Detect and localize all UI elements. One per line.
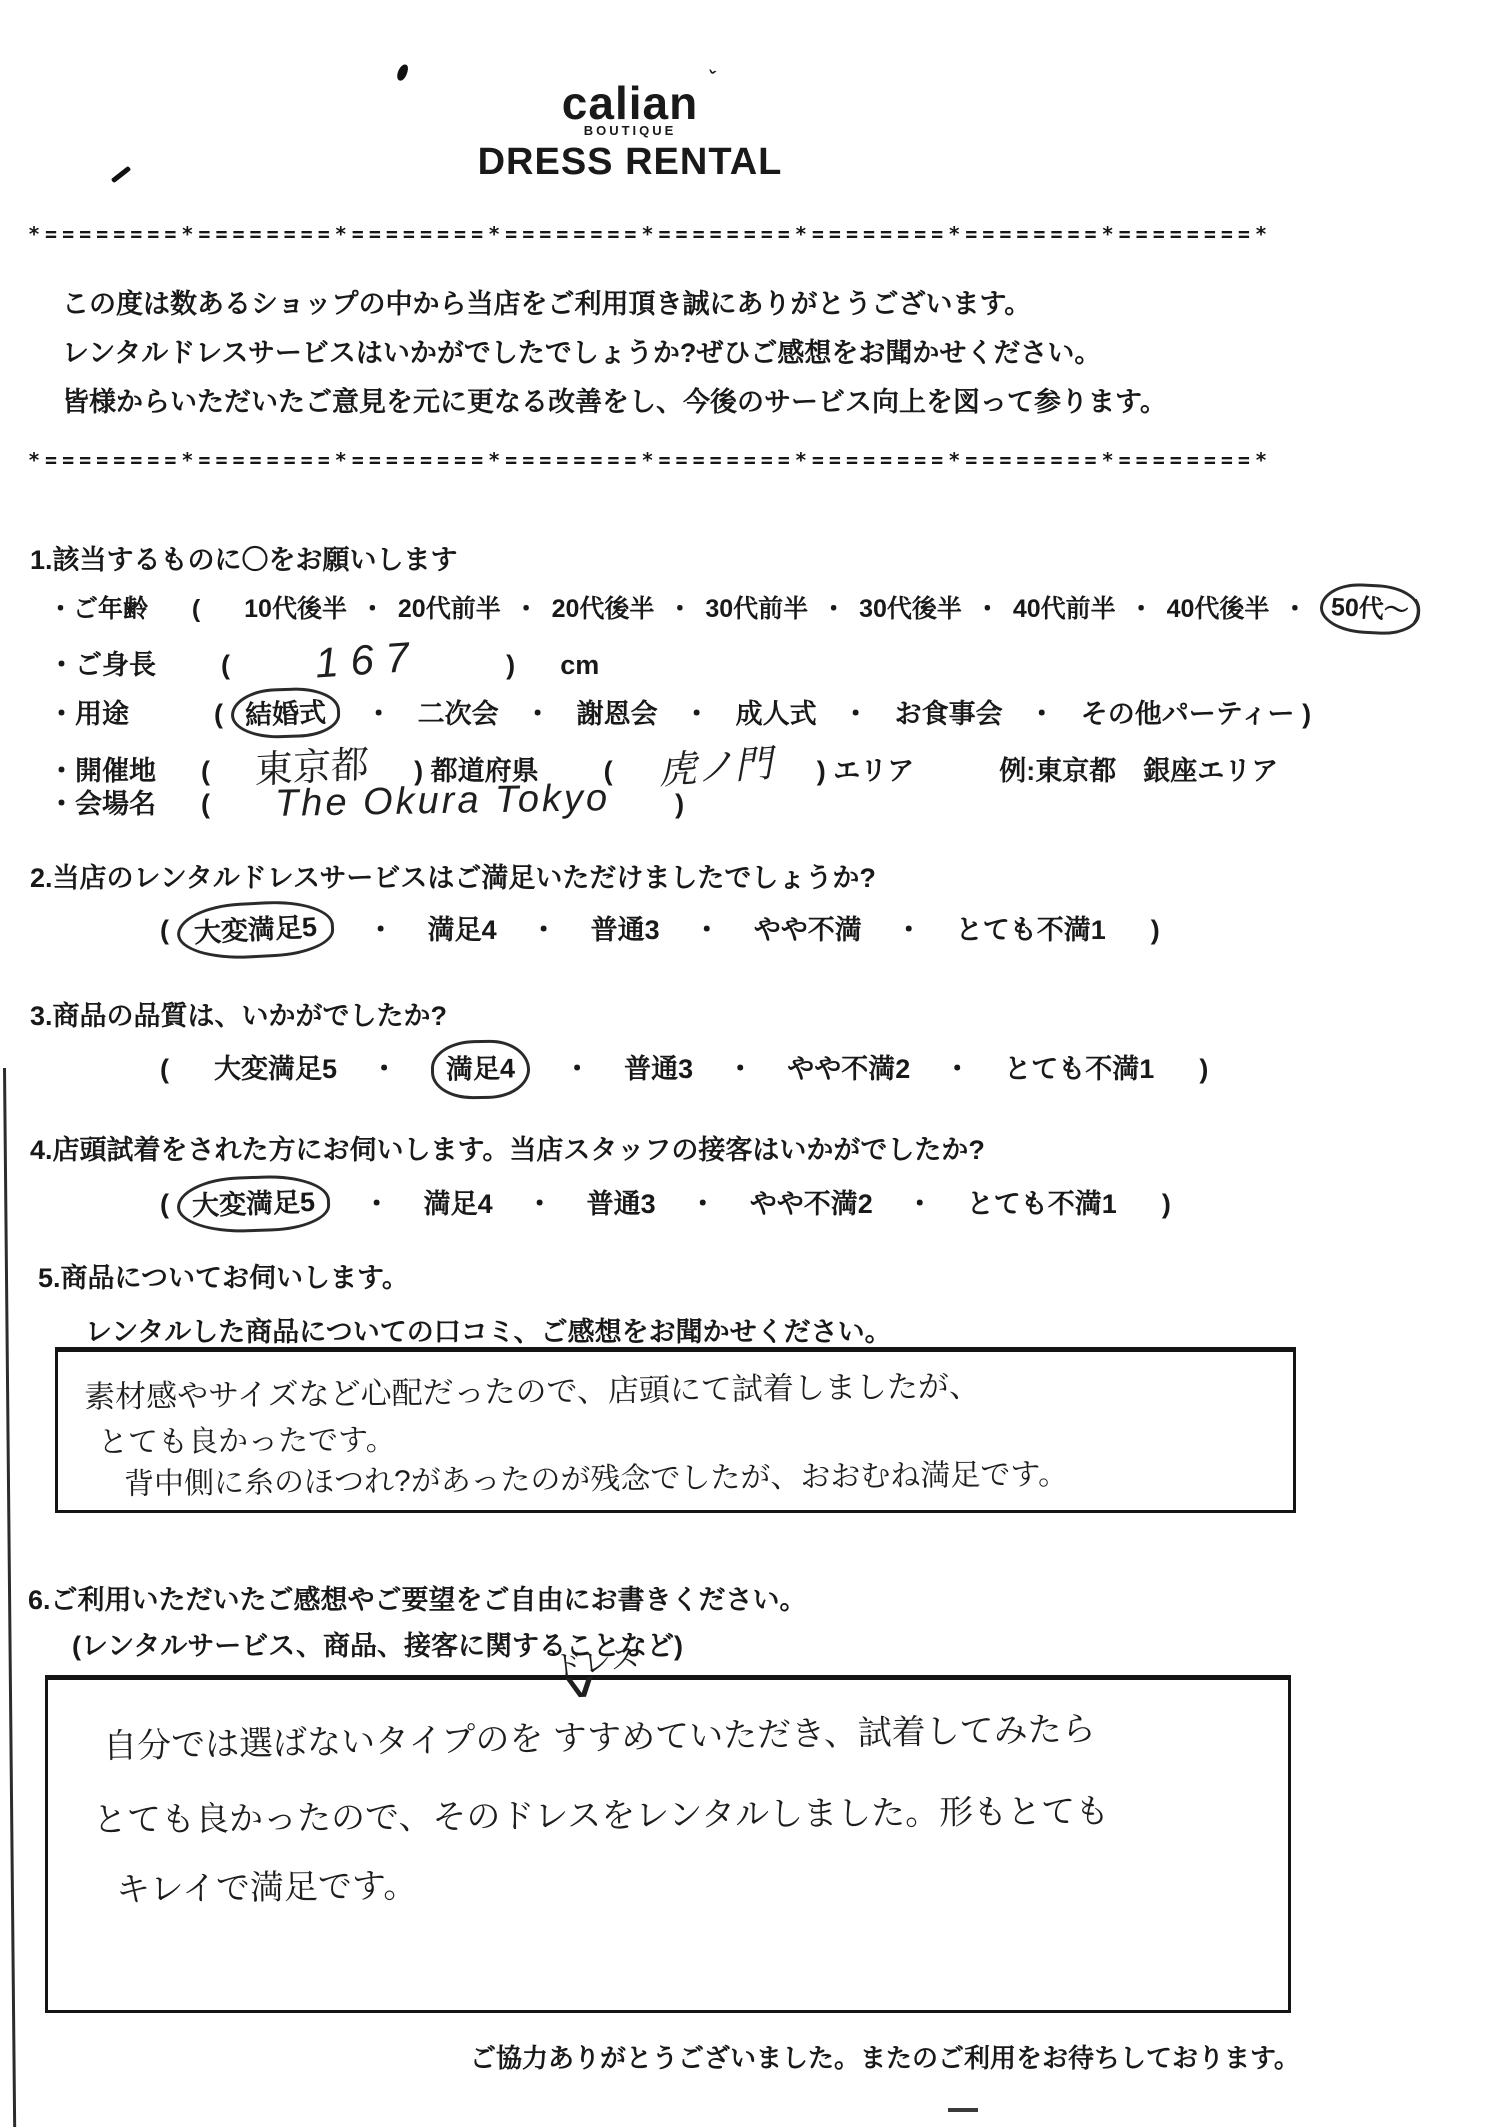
option-separator: ・ — [693, 915, 720, 945]
option: 20代後半 — [552, 595, 655, 623]
paren-close: ) — [1199, 1054, 1208, 1084]
option: 40代後半 — [1167, 595, 1270, 623]
q2-options-row: ( 大変満足5 ・ 満足4 ・ 普通3 ・ やや不満 ・ とても不満1 ) — [160, 902, 1160, 958]
paren-close: ) — [506, 650, 515, 680]
paren-open: ( — [160, 915, 169, 945]
paren-open: ( — [214, 699, 223, 729]
scan-artifact-bottom-dash — [948, 2108, 978, 2112]
option: 20代前半 — [398, 595, 501, 623]
option: 30代後半 — [859, 595, 962, 623]
option-separator: ・ — [360, 595, 385, 623]
intro-line: レンタルドレスサービスはいかがでしたでしょうか?ぜひご感想をお聞かせください。 — [62, 329, 1167, 378]
q1-location-example: 例:東京都 銀座エリア — [999, 756, 1278, 786]
option: とても不満1 — [1004, 1054, 1154, 1084]
option: 二次会 — [418, 699, 499, 729]
option-separator: ・ — [365, 699, 392, 729]
scan-artifact-left-line — [3, 1068, 16, 2127]
option-separator: ・ — [944, 1054, 971, 1084]
q3-selected-circle: 満足4 — [431, 1039, 531, 1100]
scan-artifact-top-mark — [396, 63, 410, 82]
option: 満足4 — [424, 1189, 493, 1219]
option-separator: ・ — [683, 699, 710, 729]
paren-open: ( — [192, 595, 200, 623]
option: 普通3 — [624, 1054, 693, 1084]
option-separator: ・ — [821, 595, 846, 623]
paren-close: ) — [675, 789, 684, 819]
paren-close: ) — [817, 756, 826, 786]
option-separator: ・ — [514, 595, 539, 623]
separator-line: *========*========*========*========*===… — [28, 448, 1373, 472]
q6-handwritten-line: とても良かったので、そのドレスをレンタルしました。形もとても — [93, 1784, 1109, 1842]
question-1-title: 1.該当するものに〇をお願いします — [30, 538, 458, 577]
q6-answer-box: ドレス ∨ 自分では選ばないタイプのを すすめていただき、試着してみたら とても… — [45, 1675, 1291, 2013]
closing-message: ご協力ありがとうございました。またのご利用をお待ちしております。 — [470, 2038, 1300, 2075]
option: お食事会 — [895, 699, 1003, 729]
logo-block: calian ˇ BOUTIQUE DRESS RENTAL — [430, 76, 830, 184]
option: 謝恩会 — [577, 699, 658, 729]
q1-height-unit: cm — [560, 650, 599, 680]
intro-line: 皆様からいただいたご意見を元に更なる改善をし、今後のサービス向上を図って参ります… — [62, 378, 1167, 427]
option-separator: ・ — [524, 699, 551, 729]
q1-venue-row: ・会場名 ( The Okura Tokyo ) — [48, 780, 684, 823]
question-2-title: 2.当店のレンタルドレスサービスはご満足いただけましたでしょうか? — [30, 856, 876, 895]
option-separator: ・ — [1028, 699, 1055, 729]
option-separator: ・ — [367, 915, 394, 945]
option: 大変満足5 — [214, 1054, 337, 1084]
option-separator: ・ — [363, 1189, 390, 1219]
option: 30代前半 — [705, 595, 808, 623]
option-separator: ・ — [727, 1054, 754, 1084]
option-separator: ・ — [895, 915, 922, 945]
q1-purpose-row: ・用途 ( 結婚式 ・ 二次会 ・ 謝恩会 ・ 成人式 ・ お食事会 ・ その他… — [48, 688, 1311, 738]
scan-artifact-pen-tick — [111, 166, 131, 183]
paren-open: ( — [160, 1054, 169, 1084]
option-separator: ・ — [975, 595, 1000, 623]
q1-venue-handwritten-value: The Okura Tokyo — [275, 777, 611, 826]
option-separator: ・ — [564, 1054, 591, 1084]
option: とても不満1 — [956, 915, 1106, 945]
q5-answer-box: 素材感やサイズなど心配だったので、店頭にて試着しましたが、 とても良かったです。… — [55, 1347, 1296, 1513]
option: やや不満2 — [750, 1189, 873, 1219]
q1-purpose-selected-circle: 結婚式 — [230, 686, 341, 740]
option-separator: ・ — [530, 915, 557, 945]
document-title: DRESS RENTAL — [430, 141, 830, 184]
option: とても不満1 — [967, 1189, 1117, 1219]
paren-close: ) — [1302, 699, 1311, 729]
q1-age-row: ・ご年齢 ( 10代後半 ・ 20代前半 ・ 20代後半 ・ 30代前半 ・ 3… — [48, 584, 1421, 634]
intro-line: この度は数あるショップの中から当店をご利用頂き誠にありがとうございます。 — [62, 280, 1167, 329]
option: やや不満 — [754, 915, 862, 945]
option: 普通3 — [587, 1189, 656, 1219]
q1-venue-label: ・会場名 — [48, 782, 156, 821]
option-separator: ・ — [526, 1189, 553, 1219]
q4-options-row: ( 大変満足5 ・ 満足4 ・ 普通3 ・ やや不満2 ・ とても不満1 ) — [160, 1176, 1171, 1232]
paren-open: ( — [221, 650, 230, 680]
question-5-title: 5.商品についてお伺いします。 — [38, 1256, 409, 1295]
q3-options-row: ( 大変満足5 ・ 満足4 ・ 普通3 ・ やや不満2 ・ とても不満1 ) — [160, 1040, 1208, 1099]
q2-selected-circle: 大変満足5 — [175, 898, 335, 962]
paren-close: ) — [1162, 1189, 1171, 1219]
option: 40代前半 — [1013, 595, 1116, 623]
q1-purpose-label: ・用途 — [48, 692, 129, 731]
q1-height-handwritten-value: 167 — [314, 632, 423, 687]
q1-height-row: ・ご身長 ( 167 ) cm — [48, 636, 599, 684]
intro-paragraph: この度は数あるショップの中から当店をご利用頂き誠にありがとうございます。 レンタ… — [62, 280, 1167, 427]
option: 成人式 — [736, 699, 817, 729]
paren-open: ( — [160, 1189, 169, 1219]
question-6-title: 6.ご利用いただいたご感想やご要望をご自由にお書きください。 — [28, 1578, 807, 1617]
option: その他パーティー — [1081, 699, 1295, 729]
separator-line: *========*========*========*========*===… — [28, 222, 1373, 246]
option-separator: ・ — [842, 699, 869, 729]
question-3-title: 3.商品の品質は、いかがでしたか? — [30, 994, 447, 1033]
q5-handwritten-line: 背中側に糸のほつれ?があったのが残念でしたが、おおむね満足です。 — [124, 1449, 1068, 1503]
q6-handwritten-line: 自分では選ばないタイプのを すすめていただき、試着してみたら — [103, 1701, 1096, 1767]
q4-selected-circle: 大変満足5 — [176, 1173, 331, 1234]
question-5-subtitle: レンタルした商品についての口コミ、ご感想をお聞かせください。 — [85, 1310, 892, 1349]
q1-age-selected-circle: 50代〜 — [1319, 581, 1421, 636]
q5-handwritten-line: 素材感やサイズなど心配だったので、店頭にて試着しましたが、 — [84, 1361, 980, 1417]
paren-close: ) — [1151, 915, 1160, 945]
q5-handwritten-line: とても良かったです。 — [98, 1415, 396, 1462]
q6-handwritten-line: キレイで満足です。 — [116, 1858, 418, 1911]
option: 普通3 — [591, 915, 660, 945]
option: やや不満2 — [787, 1054, 910, 1084]
brand-name: calian — [562, 77, 698, 129]
option-separator: ・ — [1282, 595, 1307, 623]
brand-logo: calian ˇ — [562, 76, 698, 130]
q1-age-label: ・ご年齢 — [48, 589, 148, 625]
option-separator: ・ — [906, 1189, 933, 1219]
option-separator: ・ — [1129, 595, 1154, 623]
scanned-survey-page: calian ˇ BOUTIQUE DRESS RENTAL *========… — [0, 0, 1500, 2127]
question-4-title: 4.店頭試着をされた方にお伺いします。当店スタッフの接客はいかがでしたか? — [30, 1128, 985, 1167]
brand-accent-mark: ˇ — [704, 67, 717, 91]
option: 満足4 — [428, 915, 497, 945]
option-separator: ・ — [667, 595, 692, 623]
q1-area-suffix: エリア — [833, 756, 914, 786]
option: 10代後半 — [244, 595, 347, 623]
option-separator: ・ — [371, 1054, 398, 1084]
paren-open: ( — [201, 789, 210, 819]
q1-height-label: ・ご身長 — [48, 643, 156, 682]
insertion-caret-mark: ∨ — [556, 1665, 605, 1707]
option-separator: ・ — [689, 1189, 716, 1219]
